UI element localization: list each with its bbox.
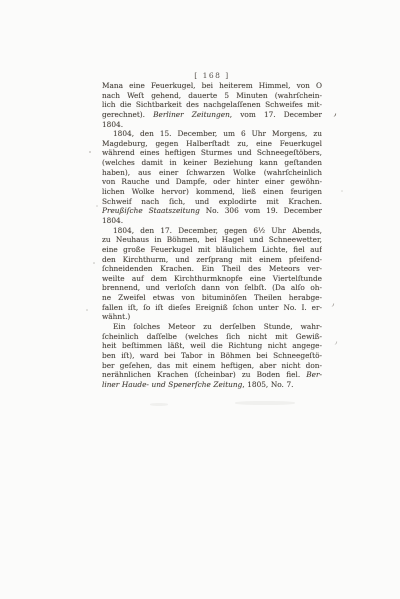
text-segment: zu Neuhaus in Böhmen, bei Hagel und Schn… [102,235,322,244]
text-line: nach Weſt gehend, dauerte 5 Minuten (wah… [102,91,322,101]
text-line: von Rauche und Dampfe, oder hinter einer… [102,177,322,187]
text-line: lichen Wolke hervor) kommend, ließ einen… [102,187,322,197]
text-line: gerechnet). Berliner Zeitungen, vom 17. … [102,110,322,120]
text-line: heit beſtimmen läßt, weil die Richtung n… [102,341,322,351]
text-line: ne Zweifel etwas von bituminöſen Theilen… [102,293,322,303]
text-segment: nerähnlichen Krachen (ſcheinbar) zu Bode… [102,370,306,379]
text-line: (welches damit in keiner Beziehung kann … [102,158,322,168]
text-segment: wähnt.) [102,312,130,321]
scan-smudge [235,401,295,405]
text-line: 1804, den 15. December, um 6 Uhr Morgens… [102,129,322,139]
text-segment: eine große Feuerkugel mit bläulichem Lic… [102,245,322,254]
text-line: ſchneidenden Krachen. Ein Theil des Mete… [102,264,322,274]
text-segment: 1804. [102,120,123,129]
paragraph: 1804, den 15. December, um 6 Uhr Morgens… [102,129,322,225]
text-segment: No. 306 vom 19. December [200,206,322,215]
text-segment: nach Weſt gehend, dauerte 5 Minuten (wah… [102,91,322,100]
text-segment: ben iſt), ward bei Tabor in Böhmen bei S… [102,351,322,360]
text-line: den Kirchthurm, und zerſprang mit einem … [102,255,322,265]
text-line: lich die Sichtbarkeit des nachgelaſſenen… [102,100,322,110]
text-line: fallen iſt, ſo iſt dieſes Ereigniß ſchon… [102,303,322,313]
text-line: 1804. [102,120,322,130]
text-segment-italic: Berliner Zeitungen [153,110,230,119]
text-line: Preußiſche Staatszeitung No. 306 vom 19.… [102,206,322,216]
ink-speck [96,205,98,207]
text-line: liner Haude- und Spenerſche Zeitung, 180… [102,380,322,390]
page-number: [ 168 ] [102,71,322,80]
text-segment: den Kirchthurm, und zerſprang mit einem … [102,255,322,264]
text-segment: weilte auf dem Kirchthurmknopfe eine Vie… [102,274,322,283]
text-segment: während eines heftigen Sturmes und Schne… [102,148,322,157]
text-segment-italic: Ber- [306,370,322,379]
paragraph: Ein ſolches Meteor zu derſelben Stunde, … [102,322,322,389]
text-segment: Ein ſolches Meteor zu derſelben Stunde, … [113,322,322,331]
text-segment: lichen Wolke hervor) kommend, ließ einen… [102,187,322,196]
text-line: Magdeburg, gegen Halberſtadt zu, eine Fe… [102,139,322,149]
paragraph: Mana eine Feuerkugel, bei heiterem Himme… [102,81,322,129]
text-segment: ſcheinlich daſſelbe (welches ſich nicht … [102,332,322,341]
text-segment-italic: Preußiſche Staatszeitung [102,206,200,215]
text-segment: fallen iſt, ſo iſt dieſes Ereigniß ſchon… [102,303,322,312]
text-segment: , vom 17. December [230,110,322,119]
text-segment: brennend, und verloſch dann von ſelbſt. … [102,283,322,292]
ink-speck [93,262,95,264]
scan-smudge [150,403,168,406]
text-segment: , 1805, No. 7. [242,380,293,389]
text-segment: heit beſtimmen läßt, weil die Richtung n… [102,341,322,350]
text-line: nerähnlichen Krachen (ſcheinbar) zu Bode… [102,370,322,380]
text-line: Schweif nach ſich, und explodirte mit Kr… [102,197,322,207]
text-segment: gerechnet). [102,110,153,119]
text-line: weilte auf dem Kirchthurmknopfe eine Vie… [102,274,322,284]
ink-speck [89,151,91,153]
ink-speck [341,190,343,192]
text-line: ben iſt), ward bei Tabor in Böhmen bei S… [102,351,322,361]
text-line: während eines heftigen Sturmes und Schne… [102,148,322,158]
ink-mark [331,303,335,308]
text-line: eine große Feuerkugel mit bläulichem Lic… [102,245,322,255]
text-line: Mana eine Feuerkugel, bei heiterem Himme… [102,81,322,91]
scanned-book-page: [ 168 ] Mana eine Feuerkugel, bei heiter… [0,0,400,599]
text-segment: lich die Sichtbarkeit des nachgelaſſenen… [102,100,322,109]
text-line: 1804. [102,216,322,226]
text-line: wähnt.) [102,312,322,322]
text-segment: 1804, den 15. December, um 6 Uhr Morgens… [113,129,322,138]
text-segment: (welches damit in keiner Beziehung kann … [102,158,322,167]
text-line: ſcheinlich daſſelbe (welches ſich nicht … [102,332,322,342]
text-segment: 1804, den 17. December, gegen 6½ Uhr Abe… [113,226,322,235]
text-segment: ber geſehen, das mit einem heftigen, abe… [102,361,322,370]
text-segment: haben), aus einer ſchwarzen Wolke (wahrſ… [102,168,322,177]
text-line: zu Neuhaus in Böhmen, bei Hagel und Schn… [102,235,322,245]
text-line: haben), aus einer ſchwarzen Wolke (wahrſ… [102,168,322,178]
text-segment: Schweif nach ſich, und explodirte mit Kr… [102,197,322,206]
ink-speck [86,309,88,311]
text-segment: ſchneidenden Krachen. Ein Theil des Mete… [102,264,322,273]
text-block: Mana eine Feuerkugel, bei heiterem Himme… [102,81,322,390]
text-segment: von Rauche und Dampfe, oder hinter einer… [102,177,322,186]
text-segment: ne Zweifel etwas von bituminöſen Theilen… [102,293,322,302]
ink-mark [333,113,337,118]
text-segment: Mana eine Feuerkugel, bei heiterem Himme… [102,81,322,90]
text-line: brennend, und verloſch dann von ſelbſt. … [102,283,322,293]
text-segment-italic: liner Haude- und Spenerſche Zeitung [102,380,242,389]
ink-mark [334,341,338,346]
text-segment: 1804. [102,216,123,225]
paragraph: 1804, den 17. December, gegen 6½ Uhr Abe… [102,226,322,322]
text-line: ber geſehen, das mit einem heftigen, abe… [102,361,322,371]
text-line: 1804, den 17. December, gegen 6½ Uhr Abe… [102,226,322,236]
text-segment: Magdeburg, gegen Halberſtadt zu, eine Fe… [102,139,322,148]
text-line: Ein ſolches Meteor zu derſelben Stunde, … [102,322,322,332]
